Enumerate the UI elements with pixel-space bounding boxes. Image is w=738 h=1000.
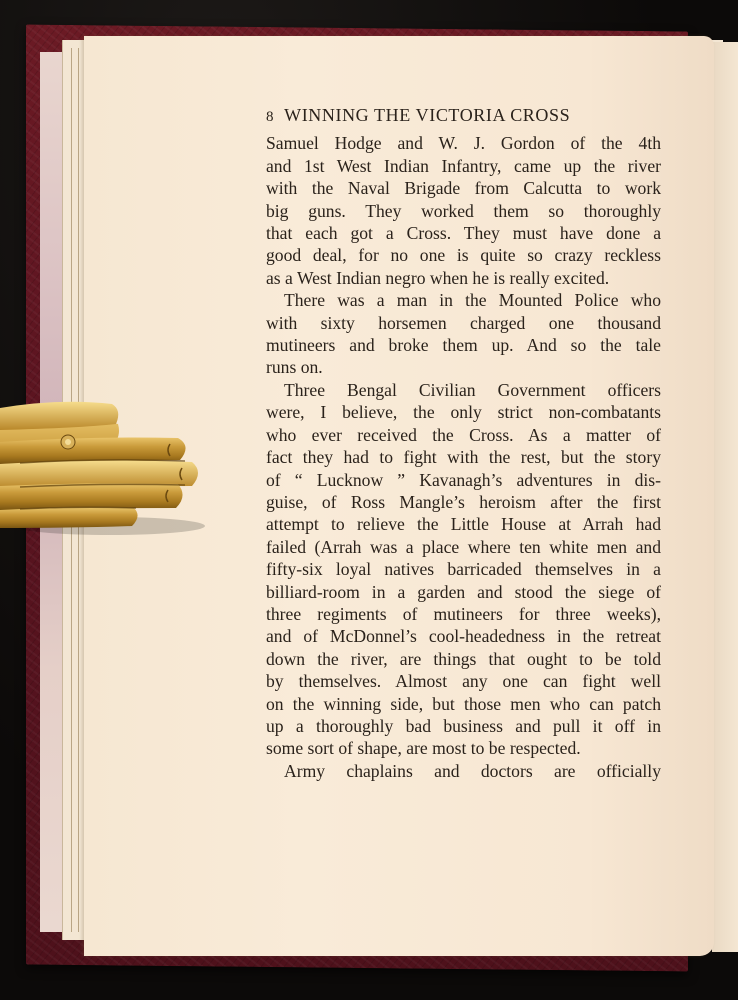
- text-line: fifty-six loyal natives barricaded thems…: [266, 558, 661, 580]
- text-line: by themselves. Almost any one can fight …: [266, 670, 661, 692]
- paragraph-2: There was a man in the Mounted Police wh…: [266, 289, 661, 379]
- text-line: up a thoroughly bad business and pull it…: [266, 715, 661, 737]
- text-line: three regiments of mutineers for three w…: [266, 603, 661, 625]
- text-line: good deal, for no one is quite so crazy …: [266, 244, 661, 266]
- text-line: down the river, are things that ought to…: [266, 648, 661, 670]
- text-line: guise, of Ross Mangle’s heroism after th…: [266, 491, 661, 513]
- text-line: billiard-room in a garden and stood the …: [266, 581, 661, 603]
- text-line: mutineers and broke them up. And so the …: [266, 334, 661, 356]
- text-line: on the winning side, but those men who c…: [266, 693, 661, 715]
- paragraph-4: Army chaplains and doctors are officiall…: [266, 760, 661, 782]
- text-line: There was a man in the Mounted Police wh…: [266, 289, 661, 311]
- text-line: and of McDonnel’s cool-headedness in the…: [266, 625, 661, 647]
- running-head: 8 WINNING THE VICTORIA CROSS: [266, 104, 661, 128]
- hand-icon: [0, 398, 205, 538]
- paragraph-3: Three Bengal Civilian Government officer…: [266, 379, 661, 760]
- text-line: big guns. They worked them so thoroughly: [266, 200, 661, 222]
- text-line: and 1st West Indian Infantry, came up th…: [266, 155, 661, 177]
- text-line: were, I believe, the only strict non-com…: [266, 401, 661, 423]
- text-line: of “ Lucknow ” Kavanagh’s adventures in …: [266, 469, 661, 491]
- running-title: WINNING THE VICTORIA CROSS: [284, 104, 570, 126]
- text-line: some sort of shape, are most to be respe…: [266, 737, 661, 759]
- text-line: with sixty horsemen charged one thousand: [266, 312, 661, 334]
- text-line: with the Naval Brigade from Calcutta to …: [266, 177, 661, 199]
- text-line: Army chaplains and doctors are officiall…: [266, 760, 661, 782]
- brass-hand-page-weight: [0, 398, 205, 538]
- page-number: 8: [266, 106, 274, 128]
- text-line: who ever received the Cross. As a matter…: [266, 424, 661, 446]
- next-page-edge: [712, 42, 738, 952]
- text-line: attempt to relieve the Little House at A…: [266, 513, 661, 535]
- text-line: Samuel Hodge and W. J. Gordon of the 4th: [266, 132, 661, 154]
- page-text: 8 WINNING THE VICTORIA CROSS Samuel Hodg…: [266, 104, 661, 782]
- text-line: that each got a Cross. They must have do…: [266, 222, 661, 244]
- text-line: fact they had to fight with the rest, bu…: [266, 446, 661, 468]
- paragraph-1: Samuel Hodge and W. J. Gordon of the 4th…: [266, 132, 661, 289]
- text-line: as a West Indian negro when he is really…: [266, 267, 661, 289]
- text-line: runs on.: [266, 356, 661, 378]
- text-line: Three Bengal Civilian Government officer…: [266, 379, 661, 401]
- text-line: failed (Arrah was a place where ten whit…: [266, 536, 661, 558]
